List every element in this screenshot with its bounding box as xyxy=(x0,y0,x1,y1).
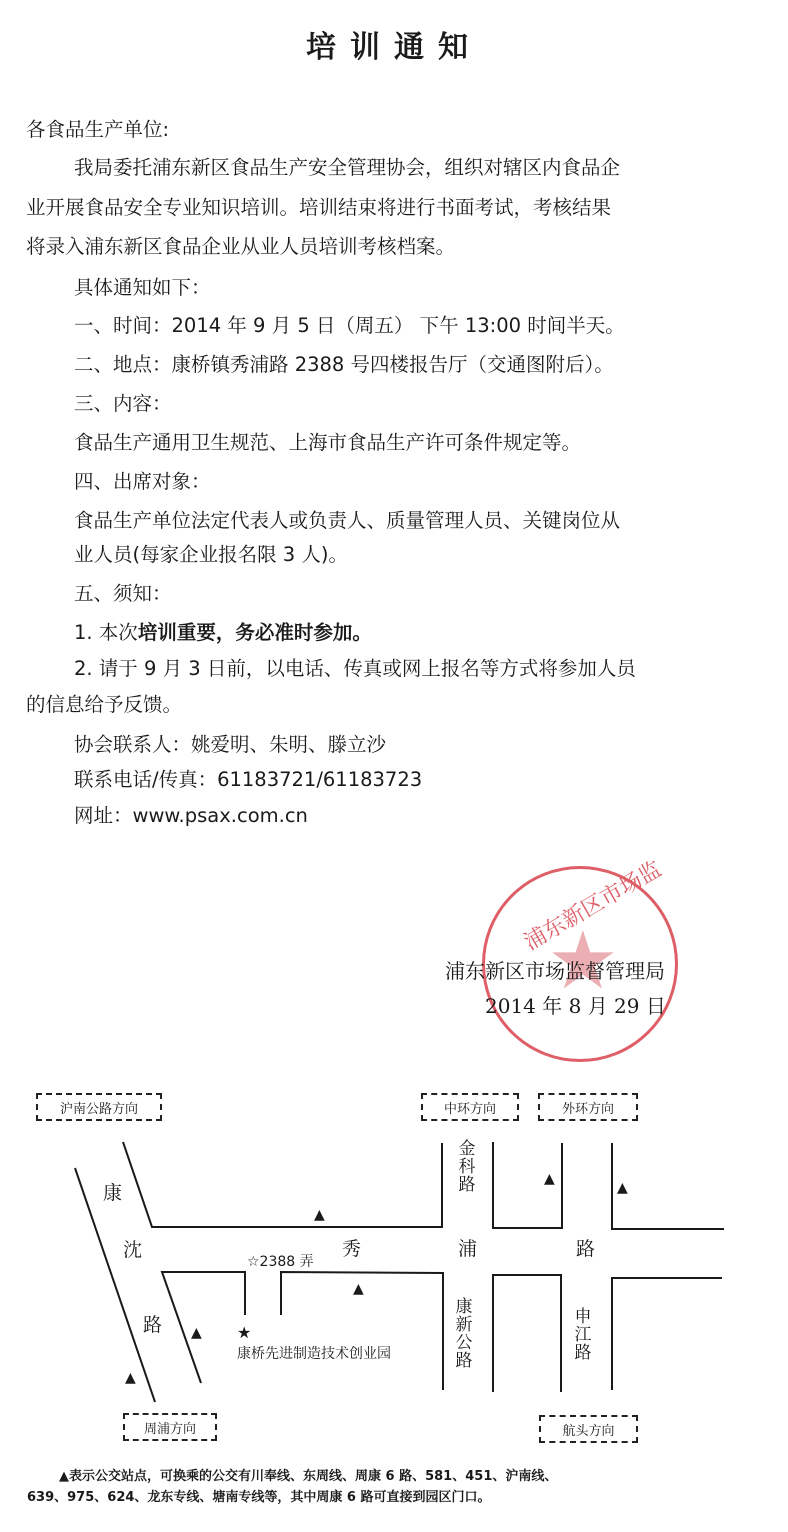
bus-stop-icon: ▲ xyxy=(314,1207,325,1223)
direction-hangtou: 航头方向 xyxy=(539,1415,638,1443)
destination-label: 康桥先进制造技术创业园 xyxy=(237,1343,391,1363)
bus-stop-icon: ▲ xyxy=(191,1325,202,1341)
road-label-shenjiang: 申江路 xyxy=(574,1309,592,1363)
road-label-jinke: 金科路 xyxy=(458,1141,476,1195)
bus-stop-icon: ▲ xyxy=(353,1281,364,1297)
bus-stop-icon: ▲ xyxy=(544,1171,555,1187)
direction-hunan-road: 沪南公路方向 xyxy=(36,1093,162,1121)
footnote-line-1: ▲表示公交站点，可换乘的公交有川奉线、东周线、周康 6 路、581、451、沪南… xyxy=(27,1466,767,1487)
footnote-line-2: 639、975、624、龙东专线、塘南专线等，其中周康 6 路可直接到园区门口。 xyxy=(27,1487,767,1508)
direction-zhoupu: 周浦方向 xyxy=(123,1413,217,1441)
road-label-xiupu-1: 秀 xyxy=(342,1240,361,1259)
road-label-kangshen-2: 沈 xyxy=(123,1241,142,1260)
bus-stop-icon: ▲ xyxy=(617,1180,628,1196)
road-label-kangshen-1: 康 xyxy=(103,1184,122,1203)
map-footnote: ▲表示公交站点，可换乘的公交有川奉线、东周线、周康 6 路、581、451、沪南… xyxy=(27,1466,767,1508)
road-label-kangxin: 康新公路 xyxy=(455,1299,473,1370)
road-label-kangshen-3: 路 xyxy=(143,1316,162,1335)
bus-stop-icon: ▲ xyxy=(125,1370,136,1386)
direction-middle-ring: 中环方向 xyxy=(421,1093,519,1121)
direction-outer-ring: 外环方向 xyxy=(538,1093,638,1121)
destination-star-icon: ★ xyxy=(237,1323,251,1342)
map-road-lines xyxy=(0,0,788,1532)
road-label-xiupu-2: 浦 xyxy=(458,1240,477,1259)
road-label-xiupu-3: 路 xyxy=(576,1240,595,1259)
lane-2388-label: ☆2388 弄 xyxy=(247,1251,314,1271)
